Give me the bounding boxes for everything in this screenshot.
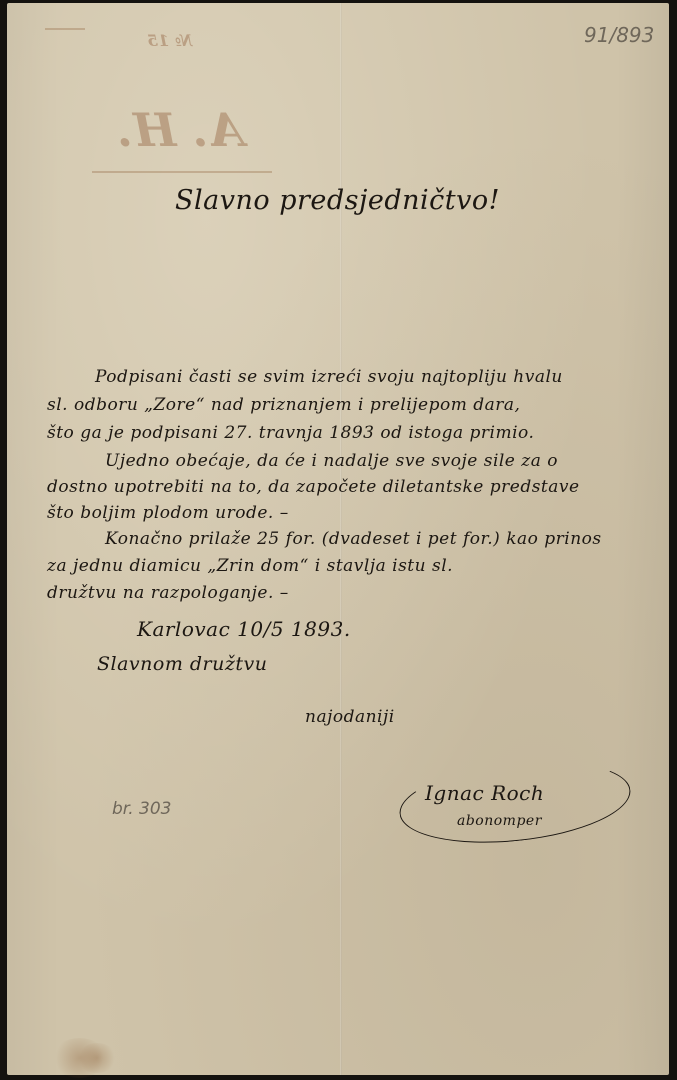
body-line: što ga je podpisani 27. travnja 1893 od … <box>47 423 534 443</box>
document-page: № 15 A. H. 91/893 Slavno predsjedničtvo!… <box>7 3 669 1075</box>
bleed-through-line <box>45 28 85 30</box>
signature-title: abonomper <box>457 813 542 829</box>
body-line: Konačno prilaže 25 for. (dvadeset i pet … <box>105 529 602 549</box>
body-line: družtvu na razpologanje. – <box>47 583 289 603</box>
closing-line: Slavnom družtvu <box>97 653 267 675</box>
salutation: Slavno predsjedničtvo! <box>175 185 500 216</box>
body-line: sl. odboru „Zore“ nad priznanjem i preli… <box>47 395 520 415</box>
body-line: za jednu diamicu „Zrin dom“ i stavlja is… <box>47 556 453 576</box>
body-line: Podpisani časti se svim izreći svoju naj… <box>95 367 563 387</box>
bleed-through-mark: № 15 <box>147 31 192 50</box>
stain <box>77 1043 117 1073</box>
body-line: Ujedno obećaje, da će i nadalje sve svoj… <box>105 451 558 471</box>
signature-name: Ignac Roch <box>425 781 544 805</box>
archive-number: 91/893 <box>584 23 654 47</box>
bleed-through-underline <box>92 171 272 173</box>
body-line: dostno upotrebiti na to, da započete dil… <box>47 477 580 497</box>
pencil-note: br. 303 <box>112 799 171 819</box>
body-line: što boljim plodom urode. – <box>47 503 289 523</box>
place-date: Karlovac 10/5 1893. <box>137 617 351 641</box>
closing-adjective: najodaniji <box>305 707 395 727</box>
bleed-through-initials: A. H. <box>117 103 244 157</box>
